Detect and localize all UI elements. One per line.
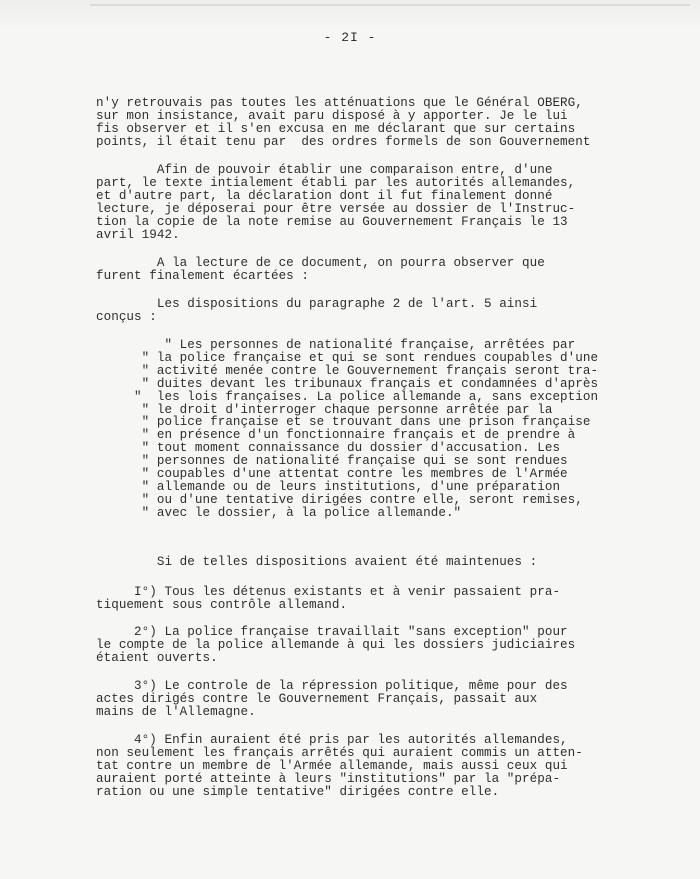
- quoted-article: " Les personnes de nationalité française…: [96, 339, 696, 520]
- paragraph-if-maintained: Si de telles dispositions avaient été ma…: [96, 556, 696, 569]
- text-line: Les dispositions du paragraphe 2 de l'ar…: [96, 298, 696, 311]
- text-line: 2°) La police française travaillait "san…: [96, 626, 696, 639]
- text-line: tion la copie de la note remise au Gouve…: [96, 216, 696, 229]
- text-line: non seulement les français arrêtés qui a…: [96, 747, 696, 760]
- text-line: furent finalement écartées :: [96, 270, 696, 283]
- text-line: mains de l'Allemagne.: [96, 706, 696, 719]
- text-line: n'y retrouvais pas toutes les atténuatio…: [96, 97, 696, 110]
- page-number: - 2I -: [0, 30, 700, 45]
- text-line: " allemande ou de leurs institutions, d'…: [96, 481, 696, 494]
- paragraph-comparison: Afin de pouvoir établir une comparaison …: [96, 164, 696, 241]
- text-line: ration ou une simple tentative" dirigées…: [96, 786, 696, 799]
- text-line: auraient porté atteinte à leurs "institu…: [96, 773, 696, 786]
- text-line: " avec le dossier, à la police allemande…: [96, 507, 696, 520]
- text-line: avril 1942.: [96, 229, 696, 242]
- text-line: " ou d'une tentative dirigées contre ell…: [96, 494, 696, 507]
- paragraph-continuation: n'y retrouvais pas toutes les atténuatio…: [96, 97, 696, 149]
- text-line: et d'autre part, la déclaration dont il …: [96, 190, 696, 203]
- text-line: part, le texte intialement établi par le…: [96, 177, 696, 190]
- text-line: I°) Tous les détenus existants et à veni…: [96, 586, 696, 599]
- paragraph-reading: A la lecture de ce document, on pourra o…: [96, 257, 696, 283]
- text-line: le compte de la police allemande à qui l…: [96, 639, 696, 652]
- text-line: " Les personnes de nationalité française…: [96, 339, 696, 352]
- text-line: " duites devant les tribunaux français e…: [96, 378, 696, 391]
- point-4: 4°) Enfin auraient été pris par les auto…: [96, 734, 696, 799]
- point-2: 2°) La police française travaillait "san…: [96, 626, 696, 665]
- text-line: Afin de pouvoir établir une comparaison …: [96, 164, 696, 177]
- text-line: actes dirigés contre le Gouvernement Fra…: [96, 693, 696, 706]
- text-line: conçus :: [96, 311, 696, 324]
- document-page: - 2I - n'y retrouvais pas toutes les att…: [0, 0, 700, 879]
- scan-edge-mark: [90, 4, 690, 6]
- text-line: tat contre un membre de l'Armée allemand…: [96, 760, 696, 773]
- point-1: I°) Tous les détenus existants et à veni…: [96, 586, 696, 612]
- text-line: sur mon insistance, avait paru disposé à…: [96, 110, 696, 123]
- text-line: " les lois françaises. La police alleman…: [96, 391, 696, 404]
- text-line: lecture, je déposerai pour être versée a…: [96, 203, 696, 216]
- text-line: A la lecture de ce document, on pourra o…: [96, 257, 696, 270]
- point-3: 3°) Le controle de la répression politiq…: [96, 680, 696, 719]
- text-line: points, il était tenu par des ordres for…: [96, 136, 696, 149]
- text-line: 3°) Le controle de la répression politiq…: [96, 680, 696, 693]
- text-line: étaient ouverts.: [96, 652, 696, 665]
- text-line: " la police française et qui se sont ren…: [96, 352, 696, 365]
- text-line: tiquement sous contrôle allemand.: [96, 599, 696, 612]
- paragraph-dispositions: Les dispositions du paragraphe 2 de l'ar…: [96, 298, 696, 324]
- text-line: fis observer et il s'en excusa en me déc…: [96, 123, 696, 136]
- text-line: Si de telles dispositions avaient été ma…: [96, 556, 696, 569]
- text-line: 4°) Enfin auraient été pris par les auto…: [96, 734, 696, 747]
- text-line: " activité menée contre le Gouvernement …: [96, 365, 696, 378]
